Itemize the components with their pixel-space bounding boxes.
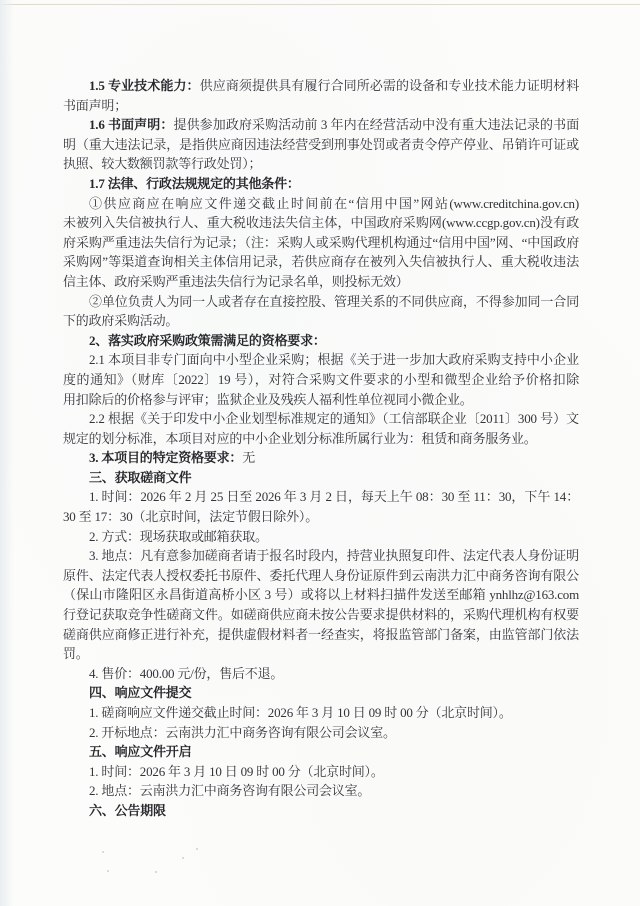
doc-line-text: 采购网”等渠道查询相关主体信用记录，若供应商存在被列入失信被执行人、重大税收违法… xyxy=(63,254,579,272)
doc-line-text: 2. 开标地点：云南洪力汇中商务咨询有限公司会议室。 xyxy=(89,725,396,740)
doc-line-text: 度的通知》（财库〔2022〕19 号），对符合采购文件要求的小型和微型企业给予价… xyxy=(63,372,579,390)
scan-left-edge xyxy=(0,0,14,906)
doc-line-lead: 3. 本项目的特定资格要求： xyxy=(89,450,242,465)
doc-line-lead: 四、响应文件提交 xyxy=(89,685,191,700)
doc-line: 原件、法定代表人授权委托书原件、委托代理人身份证原件到云南洪力汇中商务咨询有限公… xyxy=(63,566,579,586)
doc-line-lead: 六、公告期限 xyxy=(89,803,166,818)
doc-line: ②单位负责人为同一人或者存在直接控股、管理关系的不同供应商，不得参加同一合同项 xyxy=(63,292,579,312)
doc-line: 规定的划分标准，本项目对应的中小企业划分标准所属行业为：租赁和商务服务业。 xyxy=(63,429,579,449)
doc-line-text: 行登记获取竞争性磋商文件。如磋商供应商未按公告要求提供材料的，采购代理机构有权要… xyxy=(63,607,579,625)
doc-line: 2.1 本项目非专门面向中小型企业采购；根据《关于进一步加大政府采购支持中小企业… xyxy=(63,350,579,370)
doc-line-text: 未被列入失信被执行人、重大税收违法失信主体，中国政府采购网(www.ccgp.g… xyxy=(63,215,579,230)
doc-line: 1.6 书面声明：提供参加政府采购活动前 3 年内在经营活动中没有重大违法记录的… xyxy=(63,115,579,135)
doc-line-text: 2.1 本项目非专门面向中小型企业采购；根据《关于进一步加大政府采购支持中小企业… xyxy=(89,352,579,370)
doc-line: 4. 售价：400.00 元/份，售后不退。 xyxy=(63,664,579,684)
doc-line-text: 2. 地点：云南洪力汇中商务咨询有限公司会议室。 xyxy=(89,783,370,798)
doc-line: 用扣除后的价格参与评审；监狱企业及残疾人福利性单位视同小微企业。 xyxy=(63,390,579,410)
doc-line-text: 30 至 17：30（北京时间，法定节假日除外）。 xyxy=(63,509,318,524)
scan-speck xyxy=(182,857,184,859)
doc-line: （保山市隆阳区永昌街道高桥小区 3 号）或将以上材料扫描件发送至邮箱 ynhlh… xyxy=(63,585,579,605)
doc-line-text: 3. 地点：凡有意参加磋商者请于报名时段内，持营业执照复印件、法定代表人身份证明… xyxy=(89,548,579,566)
doc-line: 未被列入失信被执行人、重大税收违法失信主体，中国政府采购网(www.ccgp.g… xyxy=(63,213,579,233)
doc-line-text: 规定的划分标准，本项目对应的中小企业划分标准所属行业为：租赁和商务服务业。 xyxy=(63,431,537,446)
doc-line-text: 原件、法定代表人授权委托书原件、委托代理人身份证原件到云南洪力汇中商务咨询有限公… xyxy=(63,568,579,586)
doc-line-text: 2. 方式：现场获取或邮箱获取。 xyxy=(89,529,268,544)
doc-line: 行登记获取竞争性磋商文件。如磋商供应商未按公告要求提供材料的，采购代理机构有权要… xyxy=(63,605,579,625)
doc-line: 2. 开标地点：云南洪力汇中商务咨询有限公司会议室。 xyxy=(63,723,579,743)
doc-line-text: 信主体、政府采购严重违法失信行为记录名单，则投标无效） xyxy=(63,274,409,289)
doc-line: 明（重大违法记录，是指供应商因违法经营受到刑事处罚或者责令停产停业、吊销许可证或… xyxy=(63,135,579,155)
doc-line: 下的政府采购活动。 xyxy=(63,311,579,331)
scan-speck xyxy=(107,870,109,872)
scan-speck xyxy=(102,851,104,853)
doc-line-text: 罚。 xyxy=(63,646,89,661)
doc-line: 度的通知》（财库〔2022〕19 号），对符合采购文件要求的小型和微型企业给予价… xyxy=(63,370,579,390)
doc-line-lead: 五、响应文件开启 xyxy=(89,744,191,759)
doc-line-text: 1. 时间：2026 年 2 月 25 日至 2026 年 3 月 2 日，每天… xyxy=(89,489,579,504)
doc-line: 采购网”等渠道查询相关主体信用记录，若供应商存在被列入失信被执行人、重大税收违法… xyxy=(63,252,579,272)
heading-policy-requirements: 2、落实政府采购政策需满足的资格要求： xyxy=(63,331,579,351)
doc-line-lead: 1.7 法律、行政法规规定的其他条件： xyxy=(89,176,300,191)
doc-line: 1. 时间：2026 年 3 月 10 日 09 时 00 分（北京时间）。 xyxy=(63,762,579,782)
scan-top-edge xyxy=(0,4,640,5)
doc-line: 30 至 17：30（北京时间，法定节假日除外）。 xyxy=(63,507,579,527)
doc-line: 府采购严重违法失信行为记录；（注：采购人或采购代理机构通过“信用中国”网、“中国… xyxy=(63,233,579,253)
doc-line-text: ②单位负责人为同一人或者存在直接控股、管理关系的不同供应商，不得参加同一合同项 xyxy=(89,294,579,312)
doc-line: 2. 方式：现场获取或邮箱获取。 xyxy=(63,527,579,547)
heading-law-conditions: 1.7 法律、行政法规规定的其他条件： xyxy=(63,174,579,194)
doc-line-text: 用扣除后的价格参与评审；监狱企业及残疾人福利性单位视同小微企业。 xyxy=(63,392,473,407)
doc-line: 1.5 专业技术能力：供应商须提供具有履行合同所必需的设备和专业技术能力证明材料… xyxy=(63,76,579,96)
scan-speck xyxy=(155,871,157,873)
document-page: 1.5 专业技术能力：供应商须提供具有履行合同所必需的设备和专业技术能力证明材料… xyxy=(0,0,640,906)
doc-line-lead: 1.6 书面声明： xyxy=(89,117,173,132)
doc-line: 磋商供应商修正进行补充，提供虚假材料者一经查实，将报监管部门备案，由监管部门依法… xyxy=(63,625,579,645)
doc-line-text: ①供应商应在响应文件递交截止时间前在“信用中国”网站(www.creditchi… xyxy=(89,196,579,211)
doc-line-text: （保山市隆阳区永昌街道高桥小区 3 号）或将以上材料扫描件发送至邮箱 ynhlh… xyxy=(63,587,579,605)
doc-line-text: 无 xyxy=(242,450,255,465)
doc-line: 书面声明； xyxy=(63,96,579,116)
doc-line-text: 书面声明； xyxy=(63,98,127,113)
doc-line-text: 府采购严重违法失信行为记录；（注：采购人或采购代理机构通过“信用中国”网、“中国… xyxy=(63,235,579,250)
doc-line-text: 磋商供应商修正进行补充，提供虚假材料者一经查实，将报监管部门备案，由监管部门依法… xyxy=(63,627,579,645)
doc-line-text: 4. 售价：400.00 元/份，售后不退。 xyxy=(89,666,283,681)
doc-line-text: 2.2 根据《关于印发中小企业划型标准规定的通知》（工信部联企业〔2011〕30… xyxy=(89,411,579,429)
doc-line: 2.2 根据《关于印发中小企业划型标准规定的通知》（工信部联企业〔2011〕30… xyxy=(63,409,579,429)
doc-line: 2. 地点：云南洪力汇中商务咨询有限公司会议室。 xyxy=(63,781,579,801)
doc-line: 3. 地点：凡有意参加磋商者请于报名时段内，持营业执照复印件、法定代表人身份证明… xyxy=(63,546,579,566)
heading-announcement-period: 六、公告期限 xyxy=(63,801,579,821)
document-body: 1.5 专业技术能力：供应商须提供具有履行合同所必需的设备和专业技术能力证明材料… xyxy=(63,76,579,821)
line-specific-qualification: 3. 本项目的特定资格要求：无 xyxy=(63,448,579,468)
doc-line: 罚。 xyxy=(63,644,579,664)
doc-line: 执照、较大数额罚款等行政处罚）； xyxy=(63,154,579,174)
doc-line: ①供应商应在响应文件递交截止时间前在“信用中国”网站(www.creditchi… xyxy=(63,194,579,214)
heading-response-submission: 四、响应文件提交 xyxy=(63,683,579,703)
doc-line: 1. 时间：2026 年 2 月 25 日至 2026 年 3 月 2 日，每天… xyxy=(63,487,579,507)
doc-line-lead: 1.5 专业技术能力： xyxy=(89,78,200,93)
doc-line-text: 下的政府采购活动。 xyxy=(63,313,178,328)
doc-line-text: 1. 时间：2026 年 3 月 10 日 09 时 00 分（北京时间）。 xyxy=(89,764,384,779)
doc-line: 1. 磋商响应文件递交截止时间：2026 年 3 月 10 日 09 时 00 … xyxy=(63,703,579,723)
doc-line: 信主体、政府采购严重违法失信行为记录名单，则投标无效） xyxy=(63,272,579,292)
heading-obtain-documents: 三、获取磋商文件 xyxy=(63,468,579,488)
scan-speck xyxy=(196,848,198,850)
doc-line-text: 1. 磋商响应文件递交截止时间：2026 年 3 月 10 日 09 时 00 … xyxy=(89,705,512,720)
heading-response-opening: 五、响应文件开启 xyxy=(63,742,579,762)
doc-line-text: 明（重大违法记录，是指供应商因违法经营受到刑事处罚或者责令停产停业、吊销许可证或… xyxy=(63,137,579,155)
doc-line-lead: 2、落实政府采购政策需满足的资格要求： xyxy=(89,333,326,348)
doc-line-text: 执照、较大数额罚款等行政处罚）； xyxy=(63,156,261,171)
doc-line-lead: 三、获取磋商文件 xyxy=(89,470,191,485)
